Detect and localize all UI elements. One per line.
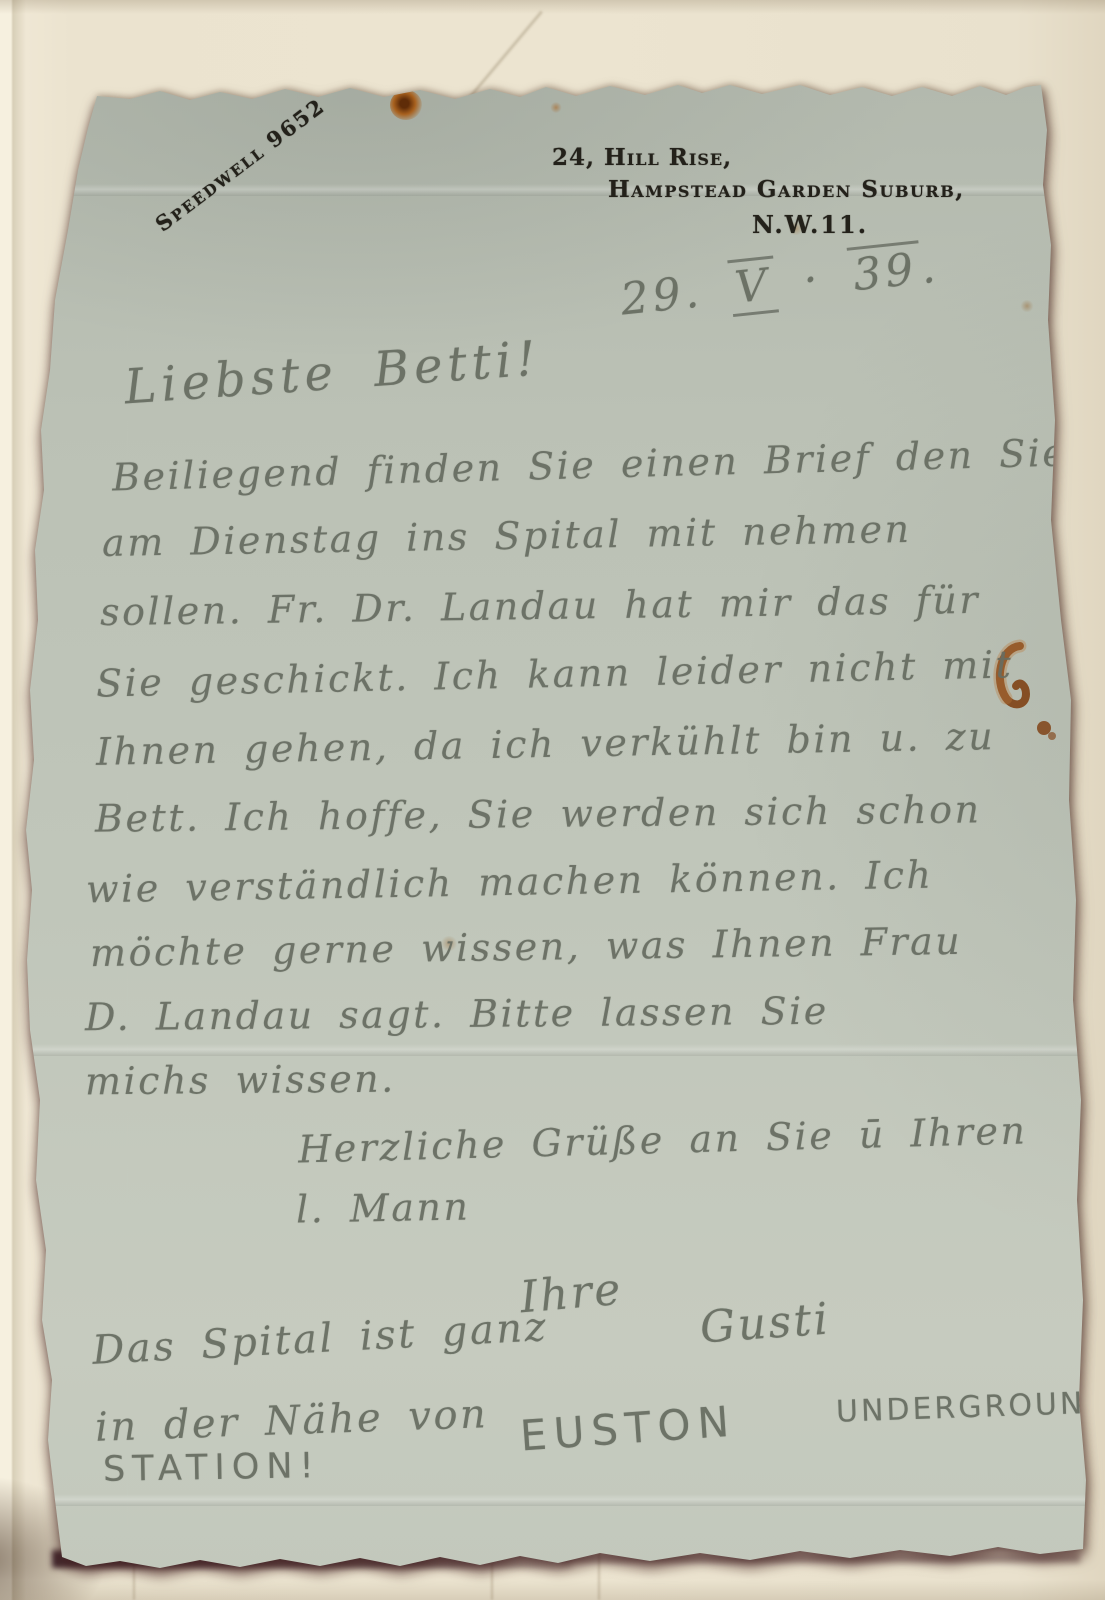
letterhead-address-line1: 24, Hill Rise, — [552, 144, 732, 171]
date-year: 39 — [846, 240, 923, 301]
signature-word-ihre: Ihre — [518, 1264, 625, 1324]
postscript-line1: Das Spital ist ganz — [91, 1304, 549, 1374]
letter-photo: 27 Speedwell 9652 24, Hill Rise, Hampste… — [0, 0, 1105, 1600]
body-line: am Dienstag ins Spital mit nehmen — [102, 507, 912, 565]
postscript-underground: UNDERGROUND — [835, 1385, 1105, 1430]
body-line: möchte gerne wissen, was Ihnen Frau — [90, 919, 963, 975]
letter-paper-wrap: 27 Speedwell 9652 24, Hill Rise, Hampste… — [0, 0, 1105, 1600]
letter-paper: 27 Speedwell 9652 24, Hill Rise, Hampste… — [0, 0, 1105, 1600]
body-line: michs wissen. — [85, 1057, 396, 1104]
salutation: Liebste Betti! — [123, 331, 543, 416]
pencil-corner-number: 27 — [950, 53, 1001, 94]
paper-fold-line — [0, 1494, 1105, 1506]
body-line: wie verständlich machen können. Ich — [86, 853, 934, 912]
body-line: Bett. Ich hoffe, Sie werden sich schon — [95, 787, 982, 840]
closing-line: Herzliche Grüße an Sie ū Ihren — [298, 1108, 1028, 1171]
rust-stain — [1020, 300, 1034, 312]
postscript-line2-script: in der Nähe von — [94, 1391, 489, 1451]
date-dot: · — [801, 254, 824, 307]
body-line: sollen. Fr. Dr. Landau hat mir das für — [100, 578, 981, 634]
letterhead-address-line2: Hampstead Garden Suburb, — [608, 176, 965, 203]
rust-stain — [550, 102, 562, 113]
signature-line: l. Mann — [296, 1184, 471, 1231]
letterhead-address-line3: N.W.11. — [752, 210, 868, 239]
postscript-euston: EUSTON — [519, 1397, 738, 1461]
rust-stain — [390, 90, 422, 120]
body-line: Ihnen gehen, da ich verkühlt bin u. zu — [96, 714, 996, 774]
edge-notch — [32, 484, 41, 498]
date-day: 29. — [618, 266, 705, 325]
phone-stamp: Speedwell 9652 — [150, 93, 329, 237]
handwritten-date: 29. V · 39. — [618, 241, 941, 325]
postscript-station: STATION! — [103, 1446, 321, 1490]
paper-fold-line — [0, 1044, 1105, 1056]
body-line: Sie geschickt. Ich kann leider nicht mit — [96, 642, 1014, 705]
signature-word-gusti: Gusti — [698, 1294, 832, 1354]
date-month-roman: V — [727, 256, 778, 317]
body-line: D. Landau sagt. Bitte lassen Sie — [85, 989, 829, 1039]
body-line: Beiliegend finden Sie einen Brief den Si… — [112, 431, 1068, 500]
